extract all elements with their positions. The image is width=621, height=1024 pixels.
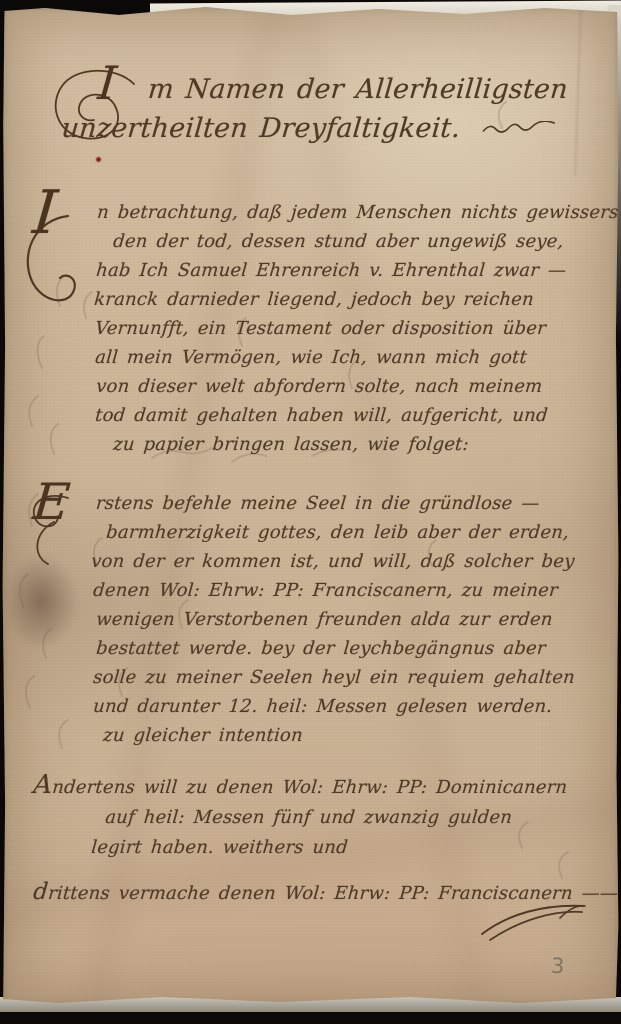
paragraph-third-clause: drittens vermache denen Wol: Ehrw: PP: F… bbox=[32, 878, 604, 908]
manuscript-line: auf heil: Messen fünf und zwanzig gulden bbox=[32, 803, 607, 833]
manuscript-line: bestattet werde. bey der leychbegängnus … bbox=[32, 634, 607, 663]
manuscript-line: denen Wol: Ehrw: PP: Franciscanern, zu m… bbox=[32, 576, 607, 605]
header-line-text: unzertheilten Dreyfaltigkeit. bbox=[60, 113, 461, 144]
manuscript-line: zu papier bringen lassen, wie folget: bbox=[32, 430, 607, 459]
manuscript-page: Im Namen der Allerheilligsten unzertheil… bbox=[2, 6, 619, 1005]
page-number: 3 bbox=[550, 954, 565, 979]
wavy-flourish-icon bbox=[481, 121, 558, 137]
manuscript-line: Andertens will zu denen Wol: Ehrw: PP: D… bbox=[32, 770, 607, 803]
scanned-document: Im Namen der Allerheilligsten unzertheil… bbox=[0, 0, 621, 1024]
manuscript-line: solle zu meiner Seelen heyl ein requiem … bbox=[32, 663, 607, 692]
manuscript-line: kranck darnieder liegend, jedoch bey rei… bbox=[32, 285, 607, 314]
manuscript-line: von der er kommen ist, und will, daß sol… bbox=[32, 547, 607, 576]
manuscript-line: Vernunfft, ein Testament oder dispositio… bbox=[32, 314, 607, 343]
manuscript-line: wenigen Verstorbenen freunden alda zur e… bbox=[32, 605, 607, 634]
manuscript-line: In betrachtung, daß jedem Menschen nicht… bbox=[32, 198, 607, 227]
header-line: Im Namen der Allerheilligsten bbox=[40, 70, 583, 109]
manuscript-line: tod damit gehalten haben will, aufgerich… bbox=[32, 401, 607, 430]
manuscript-line: hab Ich Samuel Ehrenreich v. Ehrenthal z… bbox=[32, 256, 607, 285]
header-line: unzertheilten Dreyfaltigkeit. bbox=[40, 109, 583, 148]
manuscript-line: barmherzigkeit gottes, den leib aber der… bbox=[32, 518, 607, 547]
manuscript-line: zu gleicher intention bbox=[32, 721, 607, 750]
invocation-header: Im Namen der Allerheilligsten unzertheil… bbox=[40, 70, 580, 148]
red-ink-dot bbox=[96, 157, 101, 162]
manuscript-line: all mein Vermögen, wie Ich, wann mich go… bbox=[32, 343, 607, 372]
manuscript-line: drittens vermache denen Wol: Ehrw: PP: F… bbox=[32, 878, 607, 908]
manuscript-line: und darunter 12. heil: Messen gelesen we… bbox=[32, 692, 607, 721]
paragraph-preamble: In betrachtung, daß jedem Menschen nicht… bbox=[32, 198, 604, 459]
paragraph-second-clause: Andertens will zu denen Wol: Ehrw: PP: D… bbox=[32, 770, 604, 863]
manuscript-line: den der tod, dessen stund aber ungewiß s… bbox=[32, 227, 607, 256]
manuscript-line: legirt haben. weithers und bbox=[32, 833, 607, 863]
manuscript-line: von dieser welt abfordern solte, nach me… bbox=[32, 372, 607, 401]
paragraph-first-clause: Erstens befehle meine Seel in die gründl… bbox=[32, 489, 604, 750]
manuscript-line: Erstens befehle meine Seel in die gründl… bbox=[32, 489, 607, 518]
